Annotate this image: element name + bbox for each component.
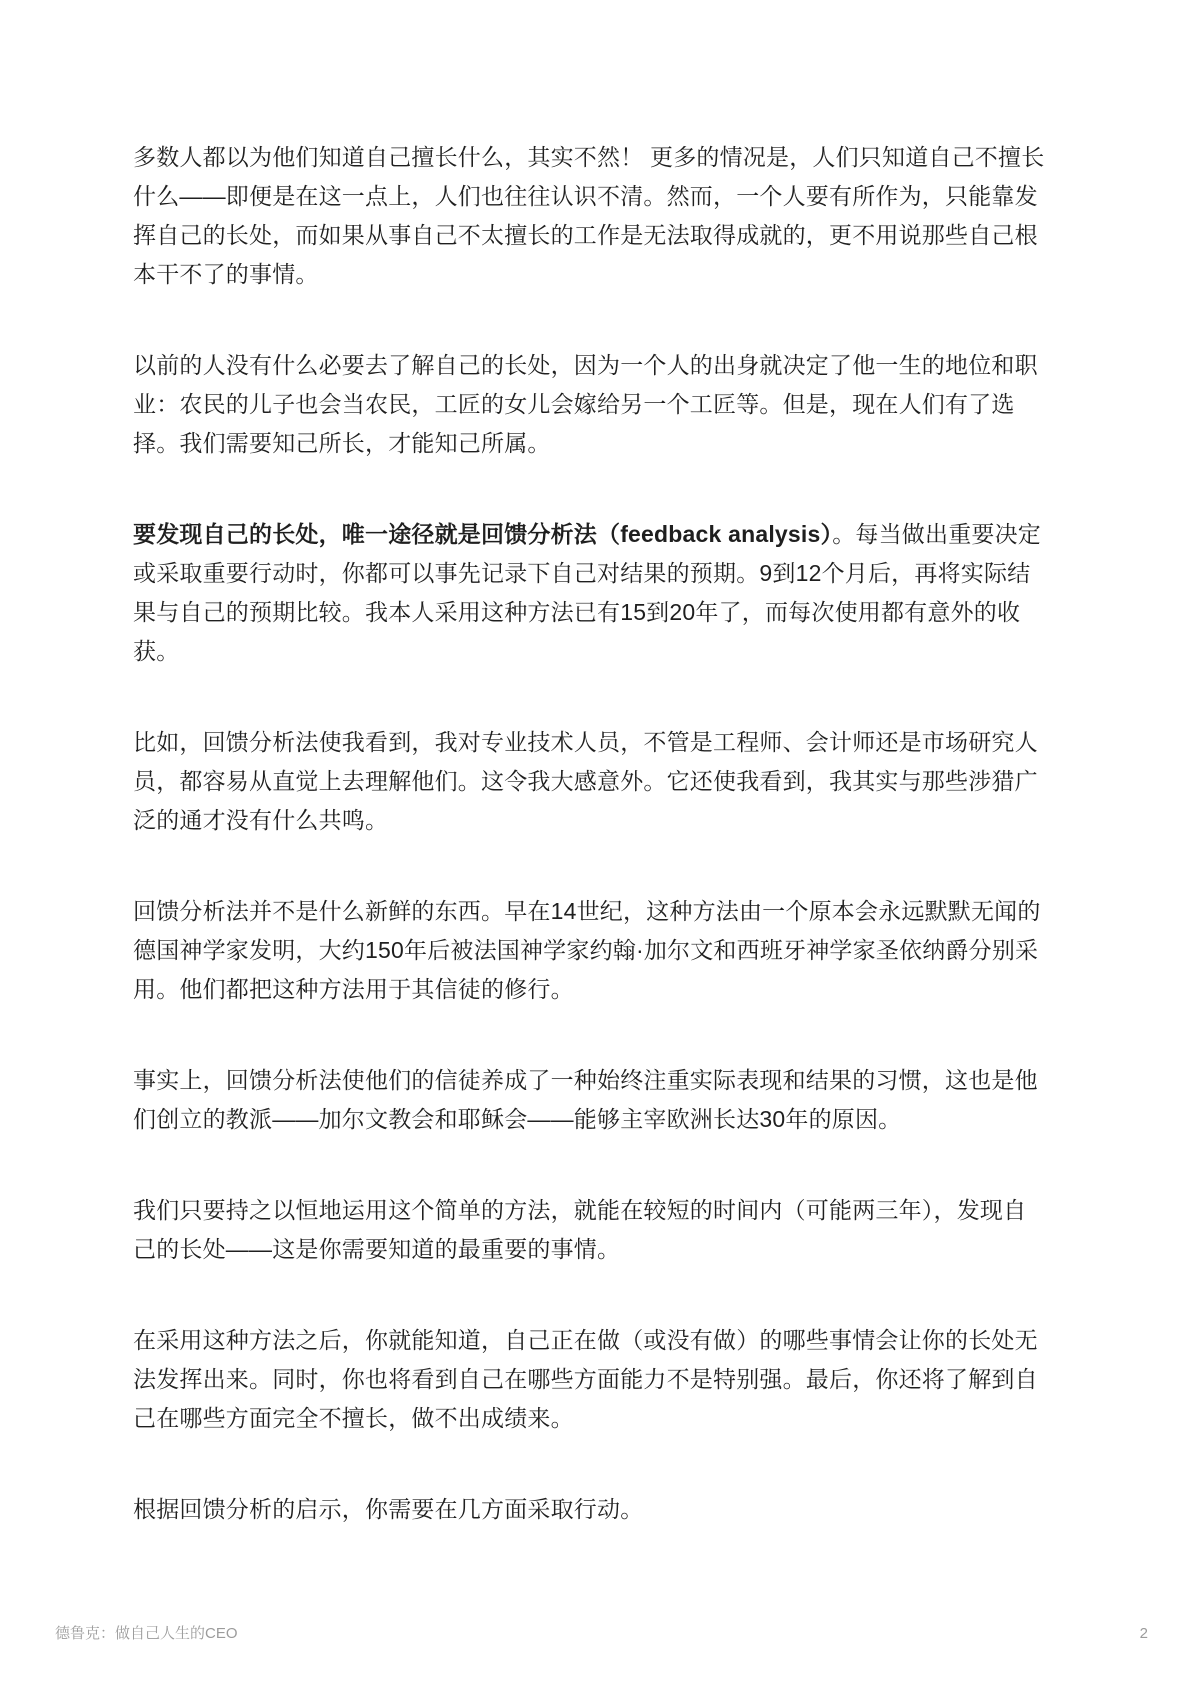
footer-book-title: 德鲁克：做自己人生的CEO (55, 1624, 238, 1644)
paragraph: 比如，回馈分析法使我看到，我对专业技术人员，不管是工程师、会计师还是市场研究人员… (133, 723, 1045, 840)
paragraph: 在采用这种方法之后，你就能知道，自己正在做（或没有做）的哪些事情会让你的长处无法… (133, 1321, 1045, 1438)
paragraph: 根据回馈分析的启示，你需要在几方面采取行动。 (133, 1490, 1045, 1529)
paragraph-text: 我们只要持之以恒地运用这个简单的方法，就能在较短的时间内（可能两三年），发现自己… (133, 1197, 1026, 1262)
document-body: 多数人都以为他们知道自己擅长什么，其实不然！ 更多的情况是，人们只知道自己不擅长… (133, 138, 1045, 1581)
paragraph: 回馈分析法并不是什么新鲜的东西。早在14世纪，这种方法由一个原本会永远默默无闻的… (133, 892, 1045, 1009)
paragraph: 要发现自己的长处，唯一途径就是回馈分析法（feedback analysis）。… (133, 515, 1045, 671)
paragraph-text: 回馈分析法并不是什么新鲜的东西。早在14世纪，这种方法由一个原本会永远默默无闻的… (133, 898, 1041, 1002)
paragraph-text: 比如，回馈分析法使我看到，我对专业技术人员，不管是工程师、会计师还是市场研究人员… (133, 729, 1038, 833)
paragraph: 以前的人没有什么必要去了解自己的长处，因为一个人的出身就决定了他一生的地位和职业… (133, 346, 1045, 463)
paragraph-text: 根据回馈分析的启示，你需要在几方面采取行动。 (133, 1496, 643, 1522)
paragraph-text: 以前的人没有什么必要去了解自己的长处，因为一个人的出身就决定了他一生的地位和职业… (133, 352, 1038, 456)
paragraph-text: 事实上，回馈分析法使他们的信徒养成了一种始终注重实际表现和结果的习惯，这也是他们… (133, 1067, 1038, 1132)
footer-page-number: 2 (1140, 1624, 1148, 1644)
document-page: 多数人都以为他们知道自己擅长什么，其实不然！ 更多的情况是，人们只知道自己不擅长… (0, 0, 1200, 1698)
paragraph: 事实上，回馈分析法使他们的信徒养成了一种始终注重实际表现和结果的习惯，这也是他们… (133, 1061, 1045, 1139)
paragraph: 我们只要持之以恒地运用这个简单的方法，就能在较短的时间内（可能两三年），发现自己… (133, 1191, 1045, 1269)
paragraph: 多数人都以为他们知道自己擅长什么，其实不然！ 更多的情况是，人们只知道自己不擅长… (133, 138, 1045, 294)
paragraph-text: 在采用这种方法之后，你就能知道，自己正在做（或没有做）的哪些事情会让你的长处无法… (133, 1327, 1038, 1431)
page-footer: 德鲁克：做自己人生的CEO 2 (0, 1624, 1200, 1644)
paragraph-bold-lead: 要发现自己的长处，唯一途径就是回馈分析法（feedback analysis） (133, 521, 832, 547)
paragraph-text: 多数人都以为他们知道自己擅长什么，其实不然！ 更多的情况是，人们只知道自己不擅长… (133, 144, 1044, 287)
